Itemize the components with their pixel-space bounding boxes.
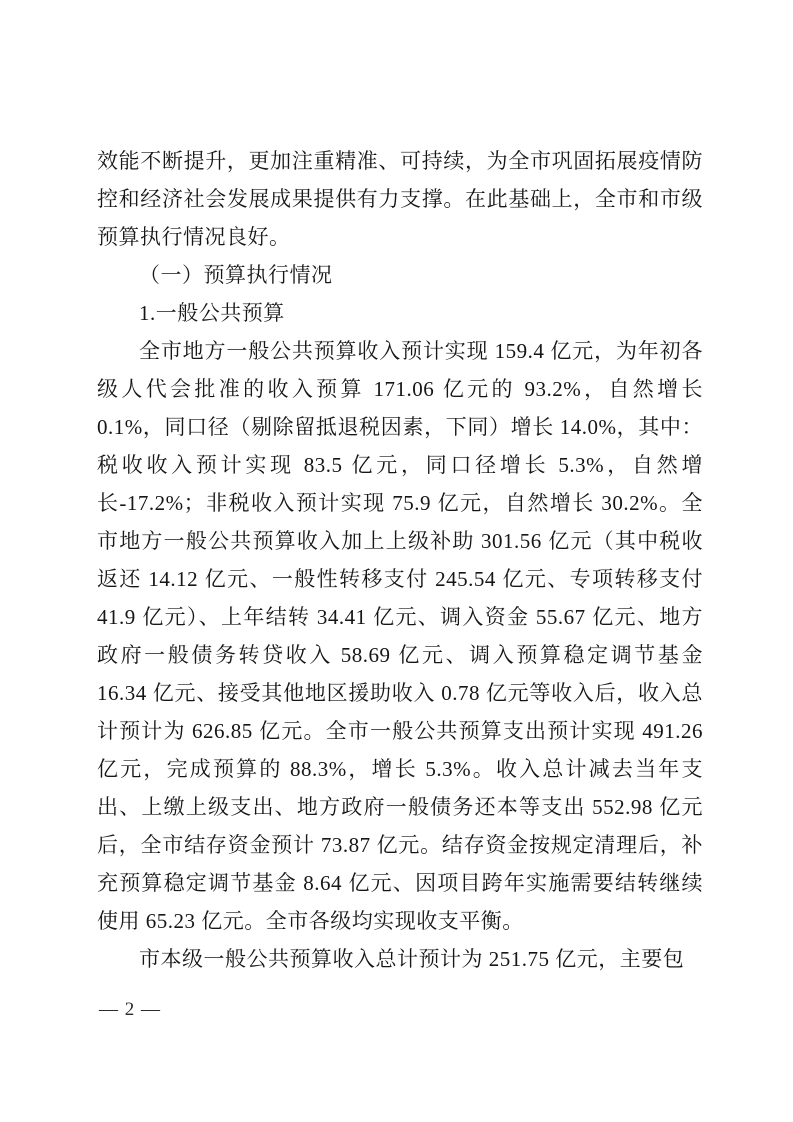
paragraph-citywide-general-budget: 全市地方一般公共预算收入预计实现 159.4 亿元，为年初各级人代会批准的收入预…: [97, 332, 703, 940]
page-number: — 2 —: [99, 995, 161, 1025]
paragraph-intro-continuation: 效能不断提升，更加注重精准、可持续，为全市巩固拓展疫情防控和经济社会发展成果提供…: [97, 142, 703, 256]
document-page: 效能不断提升，更加注重精准、可持续，为全市巩固拓展疫情防控和经济社会发展成果提供…: [0, 0, 793, 1122]
section-heading: （一）预算执行情况: [97, 256, 703, 294]
paragraph-city-level-budget-partial: 市本级一般公共预算收入总计预计为 251.75 亿元，主要包: [97, 940, 703, 978]
subsection-heading: 1.一般公共预算: [97, 294, 703, 332]
document-body: 效能不断提升，更加注重精准、可持续，为全市巩固拓展疫情防控和经济社会发展成果提供…: [97, 142, 703, 978]
